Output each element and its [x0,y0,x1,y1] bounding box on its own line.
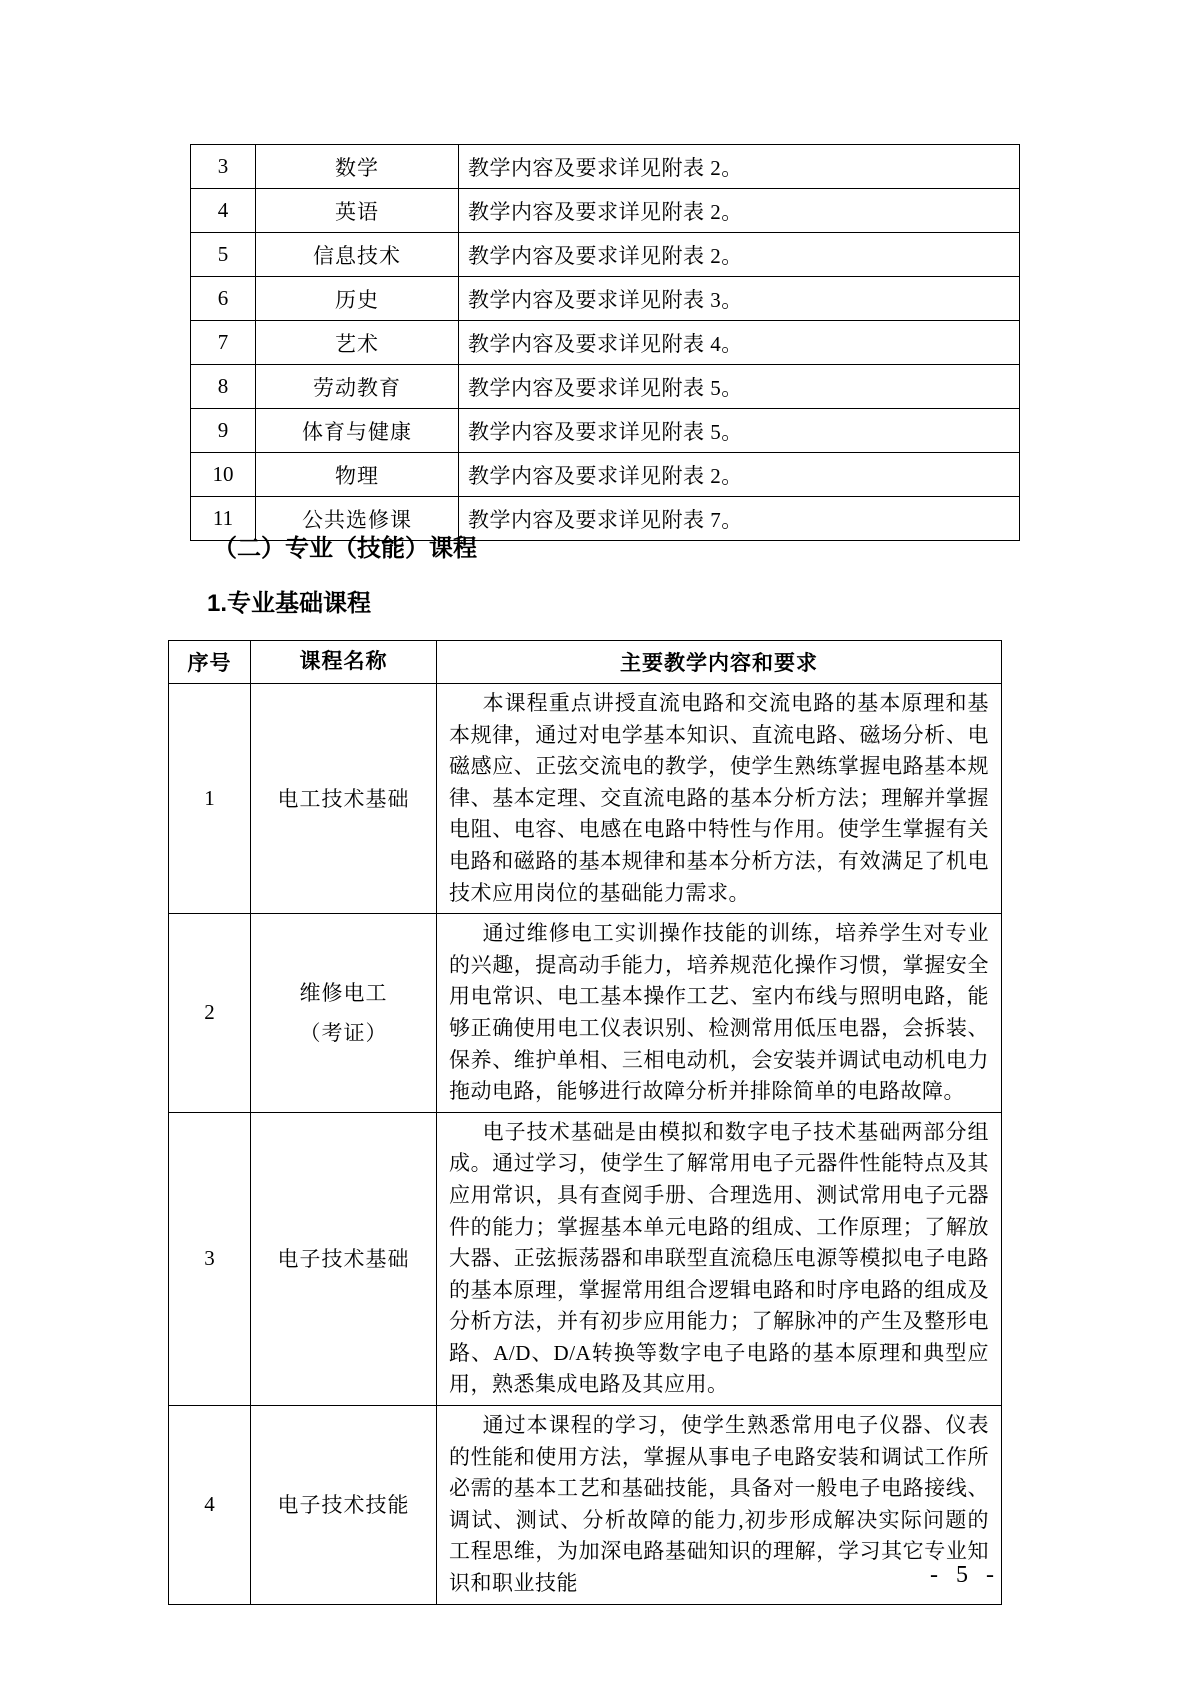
course-desc: 教学内容及要求详见附表 4。 [459,321,1020,365]
table-row: 6 历史 教学内容及要求详见附表 3。 [191,277,1020,321]
course-no: 10 [191,453,256,497]
section-heading: （二）专业（技能）课程 [213,528,477,563]
course-name: 电工技术基础 [251,684,437,914]
course-name: 历史 [256,277,459,321]
table-row: 3 数学 教学内容及要求详见附表 2。 [191,145,1020,189]
course-name: 电子技术基础 [251,1112,437,1405]
table-row: 1 电工技术基础 本课程重点讲授直流电路和交流电路的基本原理和基本规律，通过对电… [169,684,1002,914]
course-desc: 教学内容及要求详见附表 5。 [459,409,1020,453]
course-name: 数学 [256,145,459,189]
course-no: 3 [169,1112,251,1405]
course-no: 9 [191,409,256,453]
course-name: 维修电工 （考证） [251,914,437,1113]
course-no: 5 [191,233,256,277]
course-name: 英语 [256,189,459,233]
course-desc: 教学内容及要求详见附表 2。 [459,233,1020,277]
table-row: 4 英语 教学内容及要求详见附表 2。 [191,189,1020,233]
basic-courses-table: 序号 课程名称 主要教学内容和要求 1 电工技术基础 本课程重点讲授直流电路和交… [168,640,1002,1605]
course-desc: 电子技术基础是由模拟和数字电子技术基础两部分组成。通过学习，使学生了解常用电子元… [437,1112,1002,1405]
course-desc: 通过维修电工实训操作技能的训练，培养学生对专业的兴趣，提高动手能力，培养规范化操… [437,914,1002,1113]
page-number: - 5 - [930,1562,1000,1589]
course-no: 4 [169,1406,251,1605]
subsection-heading: 1.专业基础课程 [207,583,371,618]
course-desc: 教学内容及要求详见附表 3。 [459,277,1020,321]
course-name: 物理 [256,453,459,497]
course-name: 艺术 [256,321,459,365]
course-no: 3 [191,145,256,189]
table-row: 3 电子技术基础 电子技术基础是由模拟和数字电子技术基础两部分组成。通过学习，使… [169,1112,1002,1405]
document-page: { "headings": { "section": "（二）专业（技能）课程"… [0,0,1191,1684]
course-desc: 教学内容及要求详见附表 2。 [459,453,1020,497]
course-no: 7 [191,321,256,365]
course-desc: 教学内容及要求详见附表 2。 [459,145,1020,189]
table-row: 9 体育与健康 教学内容及要求详见附表 5。 [191,409,1020,453]
course-desc: 本课程重点讲授直流电路和交流电路的基本原理和基本规律，通过对电学基本知识、直流电… [437,684,1002,914]
course-no: 1 [169,684,251,914]
course-name: 电子技术技能 [251,1406,437,1605]
course-desc: 教学内容及要求详见附表 5。 [459,365,1020,409]
header-name: 课程名称 [251,641,437,684]
course-no: 8 [191,365,256,409]
table-row: 5 信息技术 教学内容及要求详见附表 2。 [191,233,1020,277]
course-desc: 通过本课程的学习，使学生熟悉常用电子仪器、仪表的性能和使用方法，掌握从事电子电路… [437,1406,1002,1605]
course-name: 信息技术 [256,233,459,277]
table-row: 10 物理 教学内容及要求详见附表 2。 [191,453,1020,497]
course-desc: 教学内容及要求详见附表 2。 [459,189,1020,233]
course-name: 劳动教育 [256,365,459,409]
course-name: 体育与健康 [256,409,459,453]
course-no: 2 [169,914,251,1113]
table-row: 7 艺术 教学内容及要求详见附表 4。 [191,321,1020,365]
course-no: 4 [191,189,256,233]
header-content: 主要教学内容和要求 [437,641,1002,684]
table-row: 2 维修电工 （考证） 通过维修电工实训操作技能的训练，培养学生对专业的兴趣，提… [169,914,1002,1113]
table-header-row: 序号 课程名称 主要教学内容和要求 [169,641,1002,684]
general-courses-table: 3 数学 教学内容及要求详见附表 2。 4 英语 教学内容及要求详见附表 2。 … [190,144,1020,541]
table-row: 4 电子技术技能 通过本课程的学习，使学生熟悉常用电子仪器、仪表的性能和使用方法… [169,1406,1002,1605]
course-desc: 教学内容及要求详见附表 7。 [459,497,1020,541]
course-no: 6 [191,277,256,321]
table-row: 8 劳动教育 教学内容及要求详见附表 5。 [191,365,1020,409]
header-no: 序号 [169,641,251,684]
